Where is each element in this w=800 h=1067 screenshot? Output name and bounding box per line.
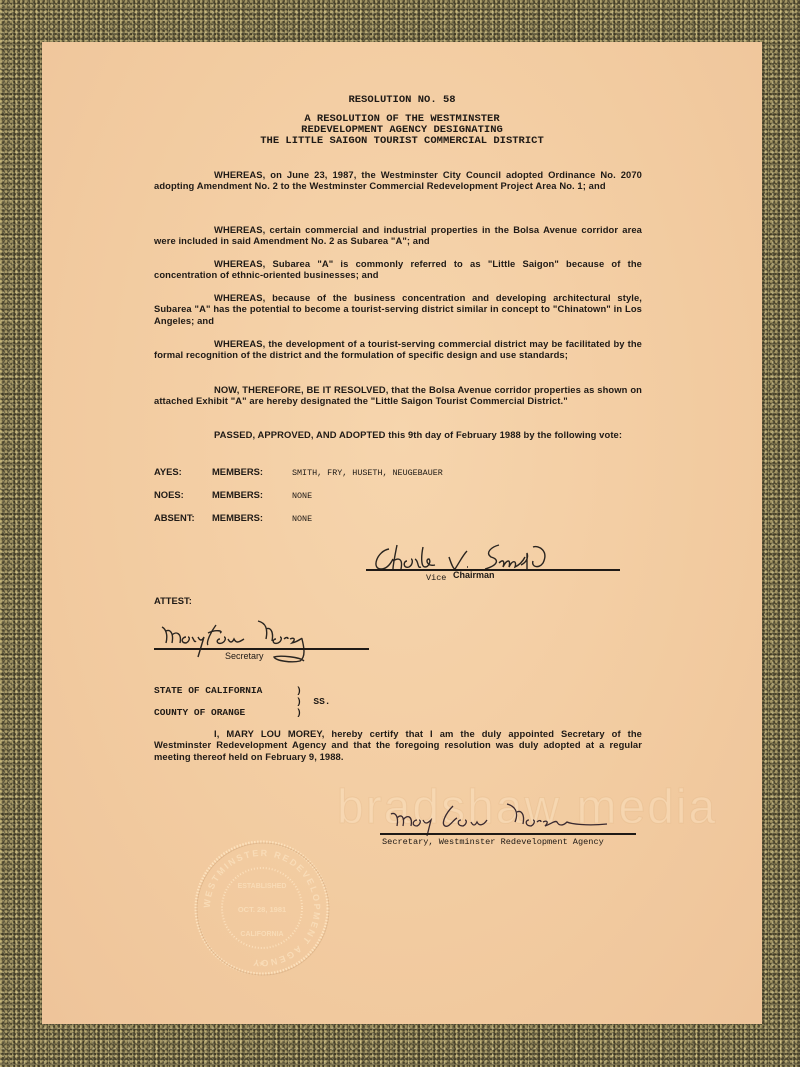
embossed-seal: WESTMINSTER REDEVELOPMENT AGENCY ESTABLI… bbox=[192, 838, 332, 978]
resolution-title: RESOLUTION NO. 58 bbox=[42, 94, 762, 106]
chairman-caption: Chairman bbox=[453, 570, 495, 580]
vote-label: AYES: bbox=[154, 466, 212, 477]
members-label: MEMBERS: bbox=[212, 466, 292, 477]
vote-row-noes: NOES:MEMBERS:NONE bbox=[154, 489, 312, 501]
secretary-signature bbox=[150, 617, 340, 669]
bracket: ) bbox=[296, 685, 302, 696]
passed-paragraph: PASSED, APPROVED, AND ADOPTED this 9th d… bbox=[154, 429, 642, 440]
vote-row-ayes: AYES:MEMBERS:SMITH, FRY, HUSETH, NEUGEBA… bbox=[154, 466, 443, 478]
final-signature-caption: Secretary, Westminster Redevelopment Age… bbox=[382, 837, 604, 847]
seal-established: ESTABLISHED bbox=[238, 883, 287, 890]
whereas-paragraph-4: WHEREAS, because of the business concent… bbox=[154, 292, 642, 326]
county-label: COUNTY OF ORANGE bbox=[154, 707, 296, 718]
jurisdiction-state-row: STATE OF CALIFORNIA) bbox=[154, 685, 331, 696]
certification-paragraph: I, MARY LOU MOREY, hereby certify that I… bbox=[154, 728, 642, 762]
whereas-paragraph-1: WHEREAS, on June 23, 1987, the Westminst… bbox=[154, 169, 642, 192]
vote-row-absent: ABSENT:MEMBERS:NONE bbox=[154, 512, 312, 524]
whereas-paragraph-2: WHEREAS, certain commercial and industri… bbox=[154, 224, 642, 247]
seal-date: OCT. 28, 1981 bbox=[238, 905, 286, 914]
vote-label: NOES: bbox=[154, 489, 212, 500]
members-label: MEMBERS: bbox=[212, 512, 292, 523]
resolution-heading: A RESOLUTION OF THE WESTMINSTER REDEVELO… bbox=[42, 114, 762, 147]
whereas-paragraph-5: WHEREAS, the development of a tourist-se… bbox=[154, 338, 642, 361]
bracket: ) bbox=[296, 707, 302, 718]
ss-label: SS. bbox=[313, 696, 330, 707]
jurisdiction-county-row: COUNTY OF ORANGE) bbox=[154, 707, 331, 718]
document-paper: RESOLUTION NO. 58 A RESOLUTION OF THE WE… bbox=[42, 42, 762, 1024]
resolved-paragraph: NOW, THEREFORE, BE IT RESOLVED, that the… bbox=[154, 384, 642, 407]
secretary-caption: Secretary bbox=[225, 651, 264, 661]
jurisdiction-ss-row: ) SS. bbox=[154, 696, 331, 707]
vote-names: NONE bbox=[292, 491, 312, 501]
vote-names: SMITH, FRY, HUSETH, NEUGEBAUER bbox=[292, 468, 443, 478]
vote-label: ABSENT: bbox=[154, 512, 212, 523]
jurisdiction-block: STATE OF CALIFORNIA) ) SS. COUNTY OF ORA… bbox=[154, 685, 331, 718]
final-signature-line bbox=[380, 833, 636, 835]
whereas-paragraph-3: WHEREAS, Subarea "A" is commonly referre… bbox=[154, 258, 642, 281]
attest-label: ATTEST: bbox=[154, 595, 192, 606]
vice-caption: Vice bbox=[426, 573, 446, 583]
state-label: STATE OF CALIFORNIA bbox=[154, 685, 296, 696]
vote-names: NONE bbox=[292, 514, 312, 524]
bracket: ) bbox=[296, 696, 302, 707]
secretary-signature-line bbox=[154, 648, 369, 650]
seal-star-icon: ★ bbox=[258, 959, 265, 968]
heading-line: THE LITTLE SAIGON TOURIST COMMERCIAL DIS… bbox=[42, 136, 762, 147]
seal-california: CALIFORNIA bbox=[240, 931, 283, 938]
members-label: MEMBERS: bbox=[212, 489, 292, 500]
